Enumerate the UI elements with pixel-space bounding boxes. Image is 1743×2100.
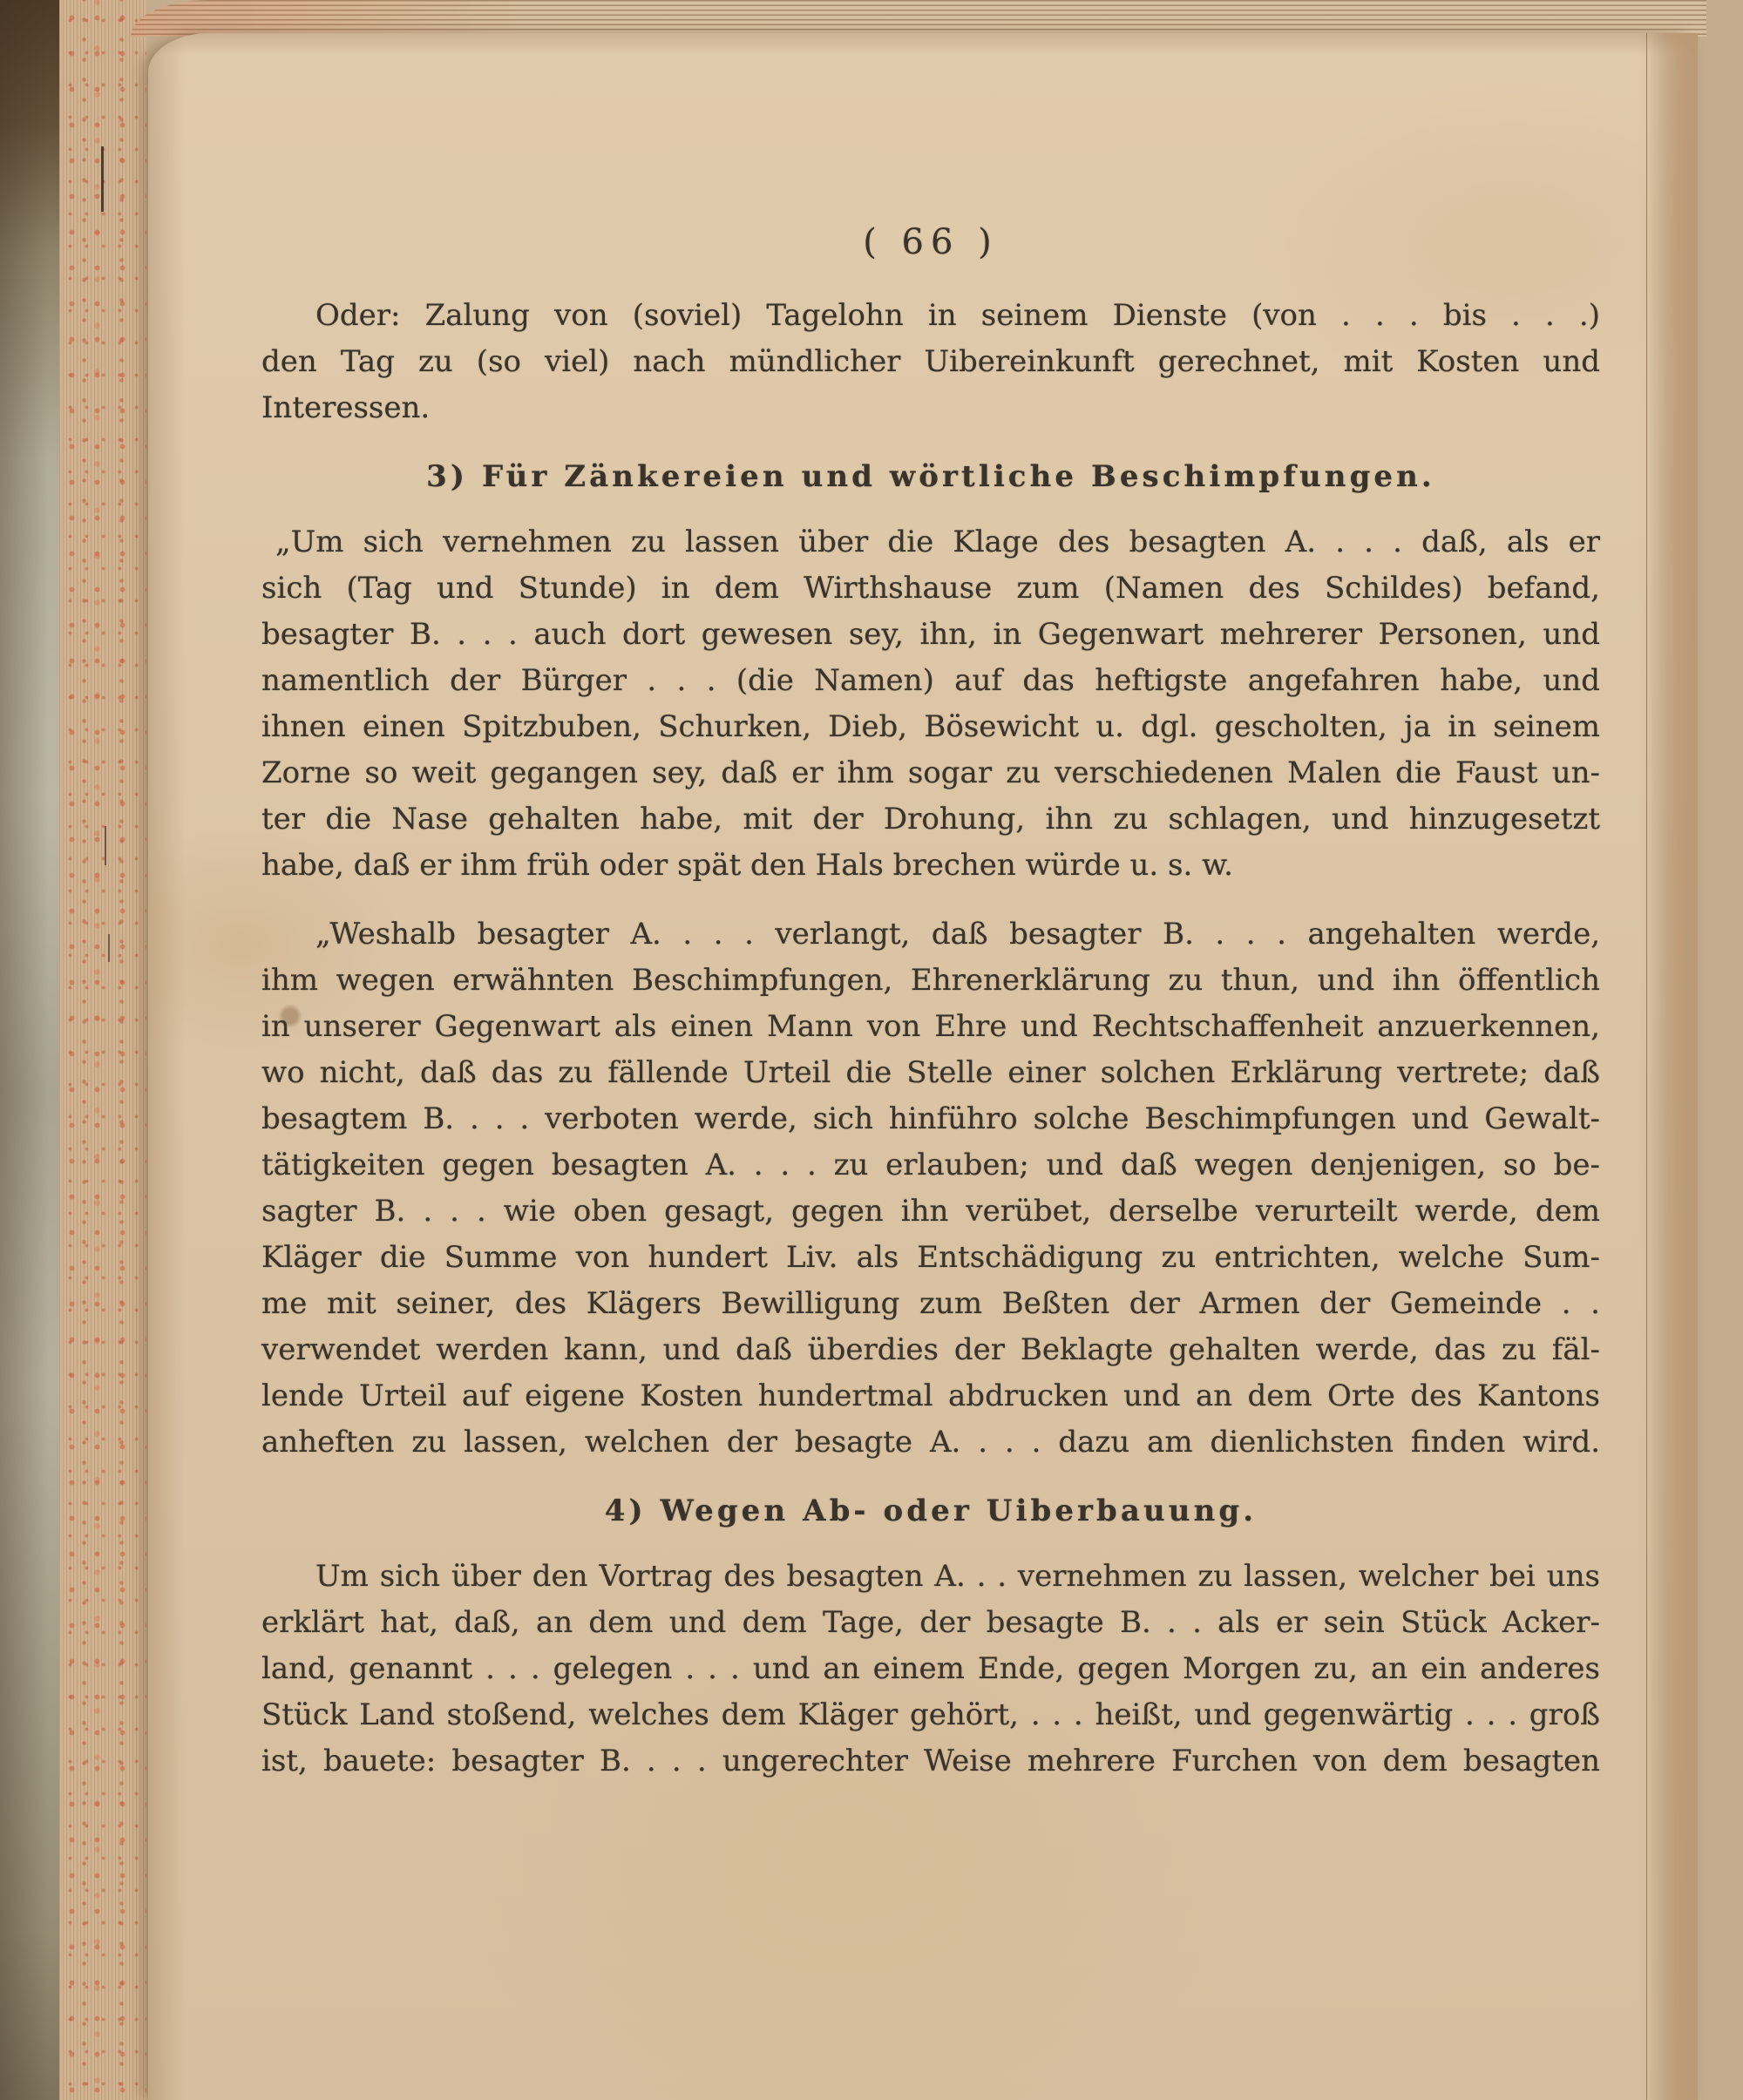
text-line: sagter B. . . . wie oben gesagt, gegen i… [261,1189,1600,1235]
text-line: wo nicht, daß das zu fällende Urteil die… [261,1050,1600,1096]
text-line: Kläger die Summe von hundert Liv. als En… [261,1235,1600,1281]
text-line: erklärt hat, daß, an dem und dem Tage, d… [261,1600,1600,1646]
para-overbuilding-intro: Um sich über den Vortrag des besagten A.… [261,1554,1600,1785]
text-line: besagtem B. . . . verboten werde, sich h… [261,1096,1600,1142]
page-text: ( 66 ) Oder: Zalung von (soviel) Tageloh… [261,218,1600,1807]
heading-section-3: 3) Für Zänkereien und wörtliche Beschimp… [261,454,1600,500]
text-sections: Oder: Zalung von (soviel) Tagelohn in se… [261,293,1600,1785]
text-line: me mit seiner, des Klägers Bewilligung z… [261,1281,1600,1327]
book-scan: ( 66 ) Oder: Zalung von (soviel) Tageloh… [0,0,1743,2100]
text-line: ihm wegen erwähnten Beschimpfungen, Ehre… [261,958,1600,1004]
text-line: land, genannt . . . gelegen . . . und an… [261,1646,1600,1692]
page-right-edge [1646,33,1698,2100]
heading-section-4: 4) Wegen Ab- oder Uiberbauung. [261,1488,1600,1534]
book-page: ( 66 ) Oder: Zalung von (soviel) Tageloh… [148,33,1698,2100]
text-line: verwendet werden kann, und daß überdies … [261,1327,1600,1373]
text-line: Zorne so weit gegangen sey, daß er ihm s… [261,750,1600,796]
text-line: Oder: Zalung von (soviel) Tagelohn in se… [261,293,1600,339]
book-cover-edge [0,0,61,2100]
text-line: Um sich über den Vortrag des besagten A.… [261,1554,1600,1600]
text-line: besagter B. . . . auch dort gewesen sey,… [261,612,1600,658]
text-line: anheften zu lassen, welchen der besagte … [261,1419,1600,1466]
text-line: sich (Tag und Stunde) in dem Wirthshause… [261,566,1600,612]
para-quarrels-complaint: „Um sich vernehmen zu lassen über die Kl… [261,519,1600,889]
text-line: ist, bauete: besagter B. . . . ungerecht… [261,1738,1600,1785]
para-plaintiff-demands: „Weshalb besagter A. . . . verlangt, daß… [261,911,1600,1466]
page-number: ( 66 ) [261,218,1600,267]
page-fore-edge-speckled [59,0,146,2100]
text-line: habe, daß er ihm früh oder spät den Hals… [261,843,1600,889]
text-line: ihnen einen Spitzbuben, Schurken, Dieb, … [261,704,1600,750]
page-stack-top-edge [131,0,1706,37]
text-line: lende Urteil auf eigene Kosten hundertma… [261,1373,1600,1419]
text-line: „Weshalb besagter A. . . . verlangt, daß… [261,911,1600,958]
text-line: Stück Land stoßend, welches dem Kläger g… [261,1692,1600,1738]
text-line: den Tag zu (so viel) nach mündlicher Uib… [261,339,1600,431]
text-line: tätigkeiten gegen besagten A. . . . zu e… [261,1142,1600,1189]
text-line: namentlich der Bürger . . . (die Namen) … [261,658,1600,704]
para-wage-payment: Oder: Zalung von (soviel) Tagelohn in se… [261,293,1600,431]
text-line: ter die Nase gehalten habe, mit der Droh… [261,796,1600,843]
text-line: „Um sich vernehmen zu lassen über die Kl… [261,519,1600,566]
text-line: in unserer Gegenwart als einen Mann von … [261,1004,1600,1050]
